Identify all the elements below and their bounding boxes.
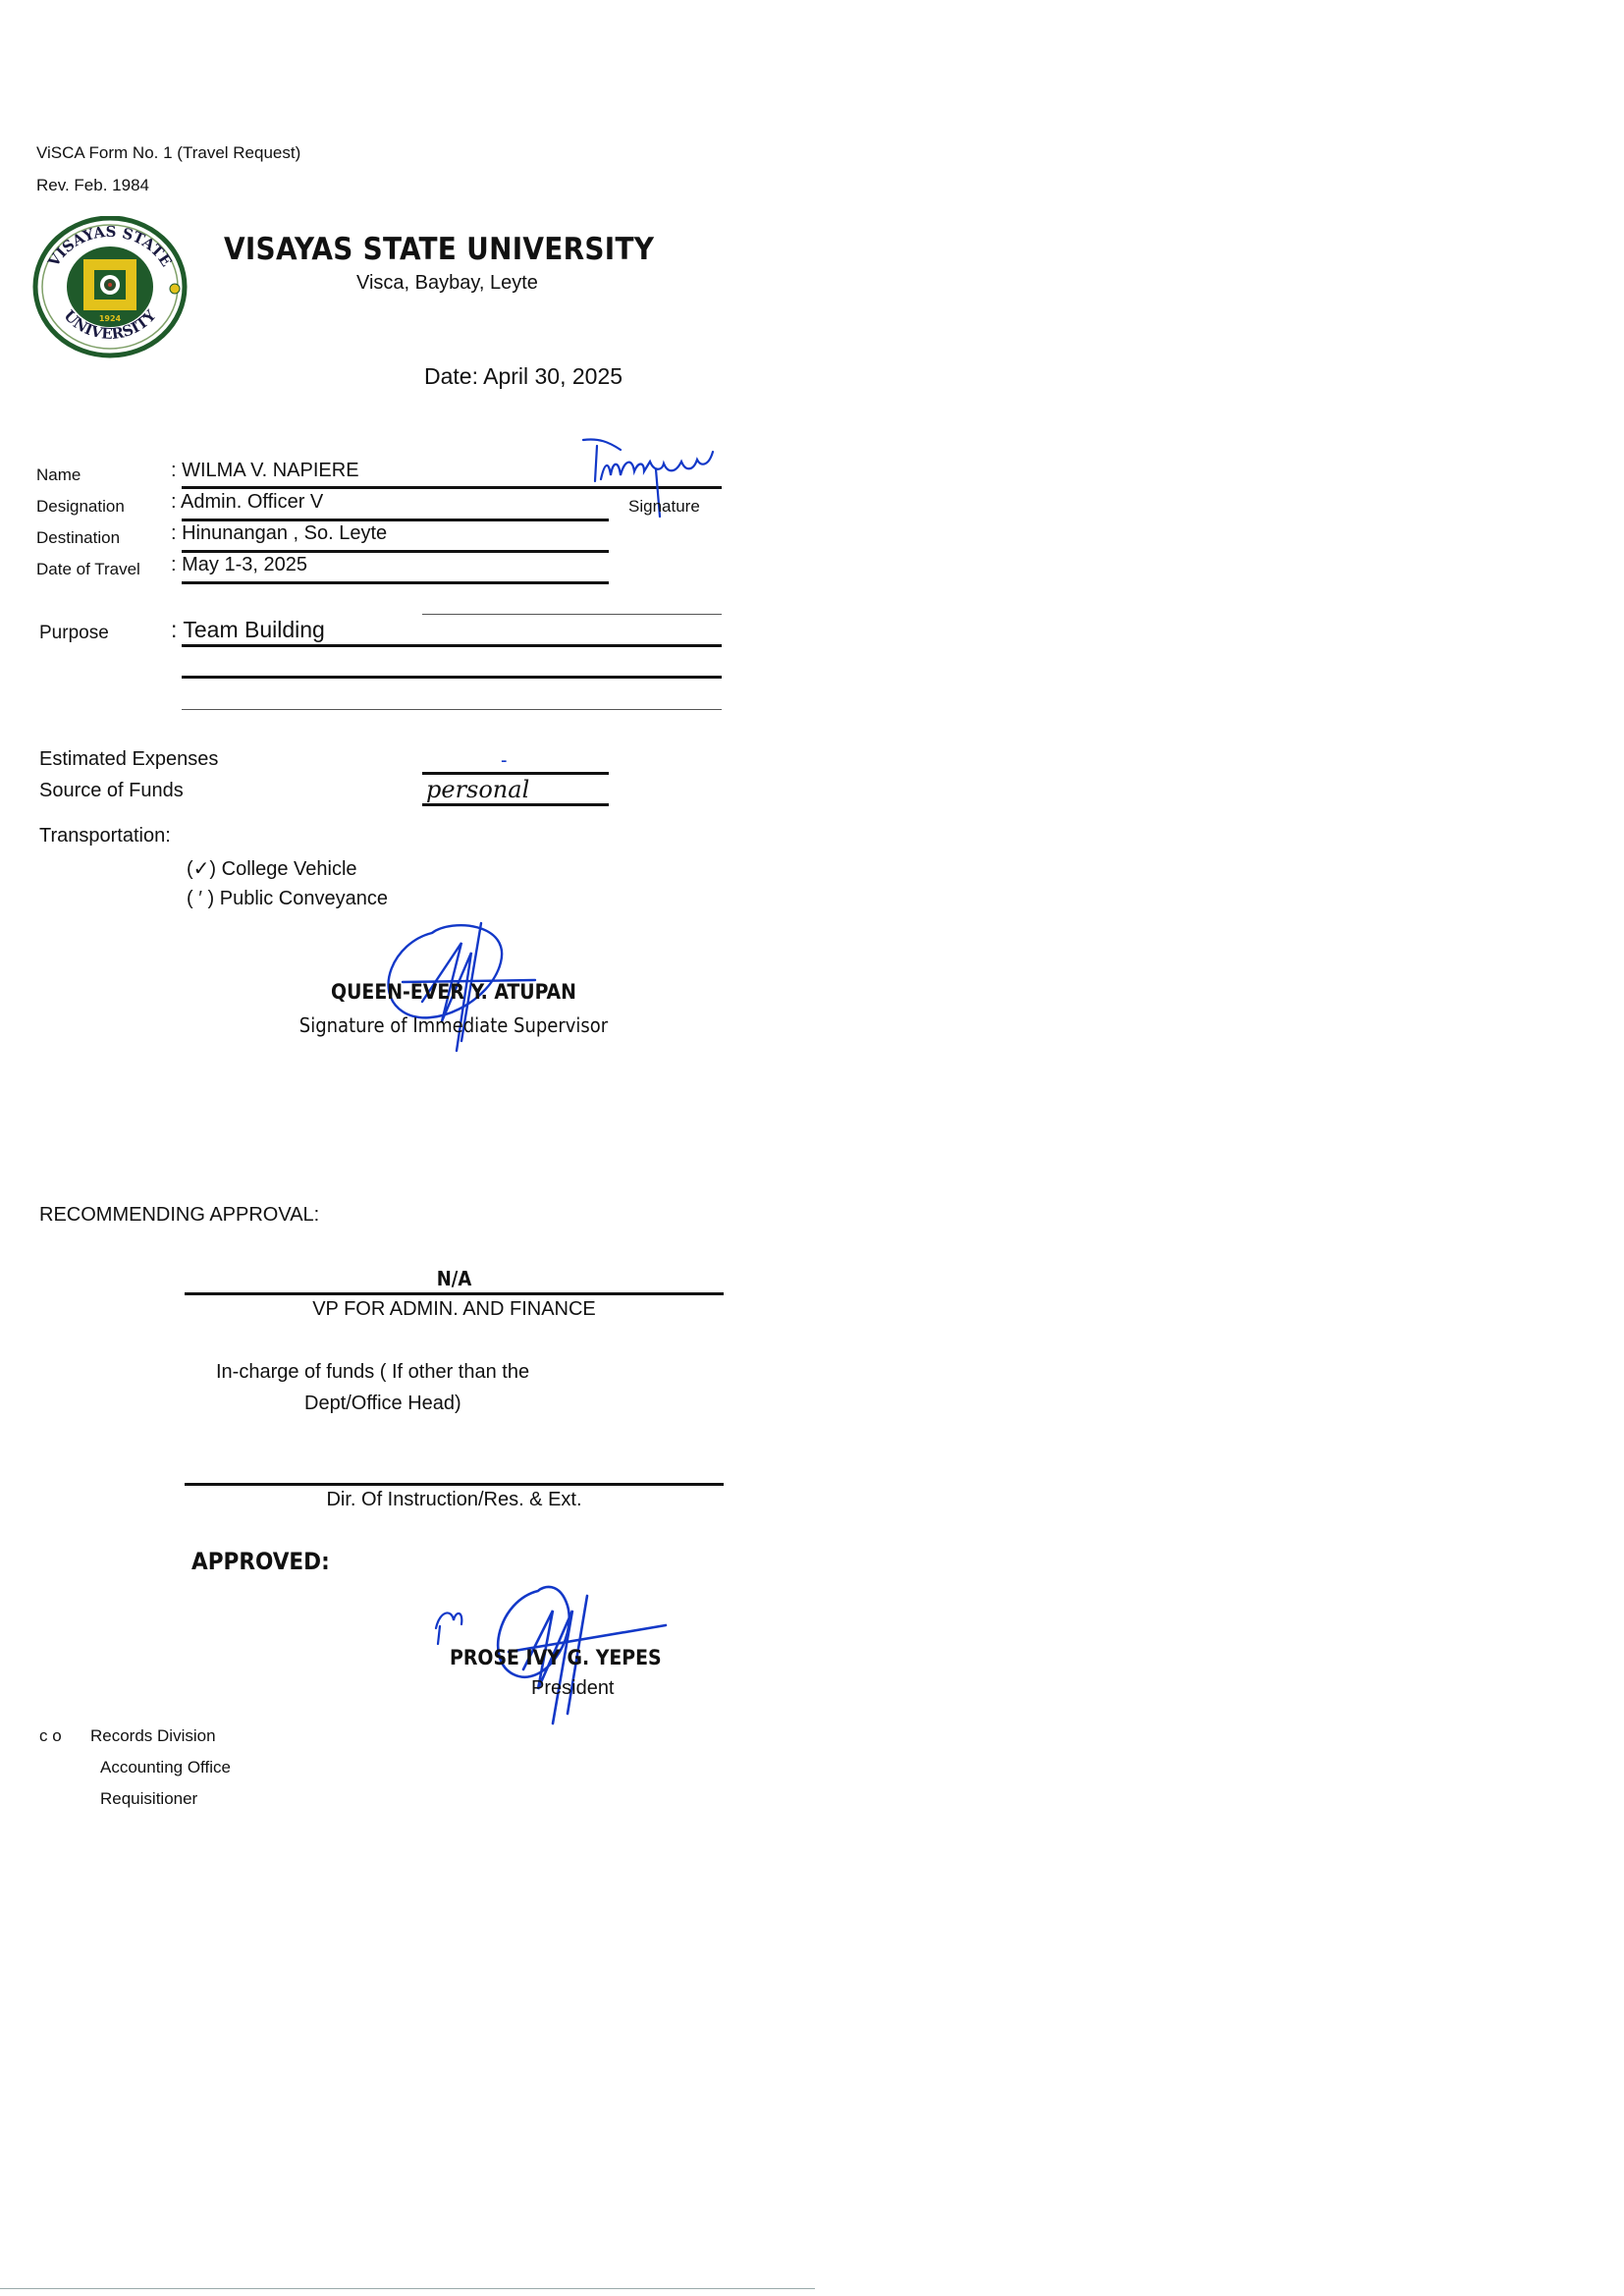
copies-prefix: c o (39, 1726, 62, 1746)
director-signature-line (185, 1483, 724, 1486)
destination-value: : Hinunangan , So. Leyte (171, 522, 387, 545)
estimated-expenses-value: - (501, 748, 508, 772)
check-mark-icon[interactable]: (✓) (187, 858, 216, 880)
president-title: President (531, 1677, 615, 1700)
option-public-conveyance[interactable]: ( ′ ) Public Conveyance (187, 888, 388, 910)
scan-edge (0, 2288, 815, 2289)
travel-date-underline (182, 581, 609, 584)
designation-label: Designation (36, 497, 125, 517)
name-value: : WILMA V. NAPIERE (171, 460, 359, 482)
funds-note-line1: In-charge of funds ( If other than the (216, 1361, 529, 1384)
university-logo: 1924 VISAYAS STATE UNIVERSITY (32, 216, 188, 358)
date-label: Date: (424, 363, 478, 389)
source-of-funds-value: personal (426, 776, 529, 803)
source-of-funds-underline (422, 803, 609, 806)
request-date: Date: April 30, 2025 (424, 363, 623, 390)
source-of-funds-label: Source of Funds (39, 780, 184, 802)
designation-underline (182, 519, 609, 521)
option-college-vehicle[interactable]: (✓) College Vehicle (187, 856, 357, 881)
option-label: Public Conveyance (220, 888, 388, 909)
supervisor-name: QUEEN-EVER Y. ATUPAN (306, 980, 601, 1004)
supervisor-caption: Signature of Immediate Supervisor (282, 1013, 625, 1037)
vp-value: N/A (185, 1267, 724, 1290)
copy-recipient: Accounting Office (100, 1758, 231, 1777)
form-number: ViSCA Form No. 1 (Travel Request) (36, 143, 300, 163)
funds-note-line2: Dept/Office Head) (304, 1393, 461, 1415)
form-revision: Rev. Feb. 1984 (36, 176, 149, 195)
approved-heading: APPROVED: (191, 1548, 330, 1575)
designation-value: : Admin. Officer V (171, 491, 323, 514)
director-title: Dir. Of Instruction/Res. & Ext. (185, 1489, 724, 1511)
empty-check-icon[interactable]: ( ′ ) (187, 888, 214, 909)
purpose-value: : Team Building (171, 617, 325, 643)
university-seal-icon: 1924 VISAYAS STATE UNIVERSITY (32, 216, 188, 358)
purpose-line-2 (182, 676, 722, 679)
vp-title: VP FOR ADMIN. AND FINANCE (185, 1298, 724, 1321)
travel-date-value: : May 1-3, 2025 (171, 554, 307, 576)
vp-signature-line (185, 1292, 724, 1295)
destination-underline (182, 550, 609, 553)
president-name: PROSE IVY G. YEPES (450, 1646, 662, 1669)
purpose-line-3 (182, 709, 722, 710)
option-label: College Vehicle (222, 858, 357, 880)
purpose-top-line (422, 614, 722, 615)
university-address: Visca, Baybay, Leyte (356, 272, 538, 295)
copy-recipient: Requisitioner (100, 1789, 197, 1809)
estimated-expenses-label: Estimated Expenses (39, 748, 218, 771)
copy-recipient: Records Division (90, 1726, 216, 1746)
name-label: Name (36, 465, 81, 485)
purpose-line-1 (182, 644, 722, 647)
destination-label: Destination (36, 528, 120, 548)
purpose-label: Purpose (39, 623, 109, 644)
transportation-label: Transportation: (39, 825, 171, 847)
university-name: VISAYAS STATE UNIVERSITY (224, 232, 654, 267)
svg-text:1924: 1924 (99, 314, 122, 323)
recommending-approval-heading: RECOMMENDING APPROVAL: (39, 1204, 319, 1227)
travel-date-label: Date of Travel (36, 560, 140, 579)
date-value: April 30, 2025 (483, 363, 623, 389)
estimated-expenses-underline (422, 772, 609, 775)
signature-label: Signature (628, 497, 700, 517)
